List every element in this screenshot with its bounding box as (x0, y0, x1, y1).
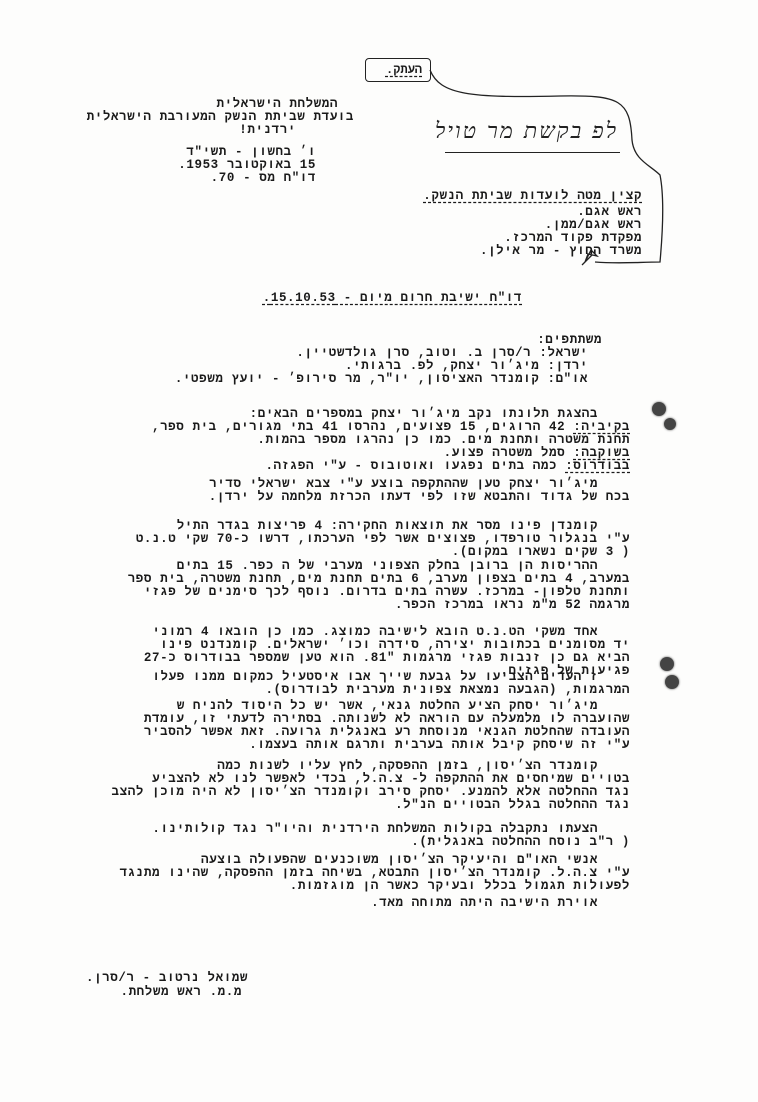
body-line: ( ר"ב נוסח ההחלטה באנגלית). (411, 836, 630, 849)
body-line: בכח של גדוד והתבטא שזו לפי דעתו הכרזת מל… (209, 491, 630, 504)
place-details: סמל משטרה פצוע. (444, 446, 574, 460)
punch-hole (660, 657, 674, 671)
sender-line-2: בועדת שביתת הנשק המעורבת הישראלית (87, 111, 354, 124)
punch-hole (664, 418, 676, 430)
report-number: דו"ח מס - 70. (211, 172, 316, 185)
participant-row: או"ם: קומנדר האציסון, יו"ר, מר סירופ׳ - … (175, 373, 588, 386)
body-line: אוירת הישיבה היתה מתוחה מאד. (371, 897, 598, 910)
body-line: לפעולות תגמול בכלל ובעיקר כאשר הן מוגזמו… (290, 880, 630, 893)
report-title: דו"ח ישיבת חרום מיום - 15.10.53. (263, 292, 522, 305)
place-details: כמה בתים נפגעו ואוטובוס - ע"י הפגזה. (265, 459, 565, 473)
handwritten-bracket-annotation (0, 0, 758, 1102)
copy-stamp-label: העתק. (386, 63, 422, 77)
recipients-title: קצין מטה לועדות שביתת הנשק. (423, 190, 642, 203)
recipient-item: משרד החוץ - מר אילן. (480, 245, 642, 258)
handwritten-note: לפ בקשת מר טויל (435, 118, 618, 144)
body-line: בבודרוס: כמה בתים נפגעו ואוטובוס - ע"י ה… (265, 460, 630, 473)
place-name-label: בשוקבה: (573, 446, 630, 460)
sender-line-3: ירדנית! (239, 124, 296, 137)
body-line: ע"י זה שיסחק קיבל אותה בערבית ותרגם אותה… (249, 739, 630, 752)
body-line: ( 3 שקים נשארו במקום). (452, 546, 630, 559)
place-name-label: בקיביה: (573, 420, 630, 434)
body-line: המרגמות, (הגבעה נמצאת צפונית מערבית לבוד… (265, 684, 630, 697)
body-line: מרגמה 52 מ"מ נראו במרכז הכפר. (395, 599, 630, 612)
body-line: נגד ההחלטה בגלל הבטויים הנ"ל. (395, 799, 630, 812)
punch-hole (665, 675, 679, 689)
place-details: 42 הרוגים, 15 פצועים, נהרסו 41 בתי מגורי… (152, 420, 573, 434)
signature-title: מ.מ. ראש משלחת. (120, 986, 242, 999)
document-page: העתק. לפ בקשת מר טויל המשלחת הישראלית בו… (0, 0, 758, 1102)
handwritten-underline (445, 152, 620, 153)
punch-hole (652, 402, 666, 416)
signature-name: שמואל נרטוב - ר/סרן. (86, 972, 248, 985)
place-name-label: בבודרוס: (565, 459, 630, 473)
copy-stamp: העתק. (365, 58, 431, 82)
